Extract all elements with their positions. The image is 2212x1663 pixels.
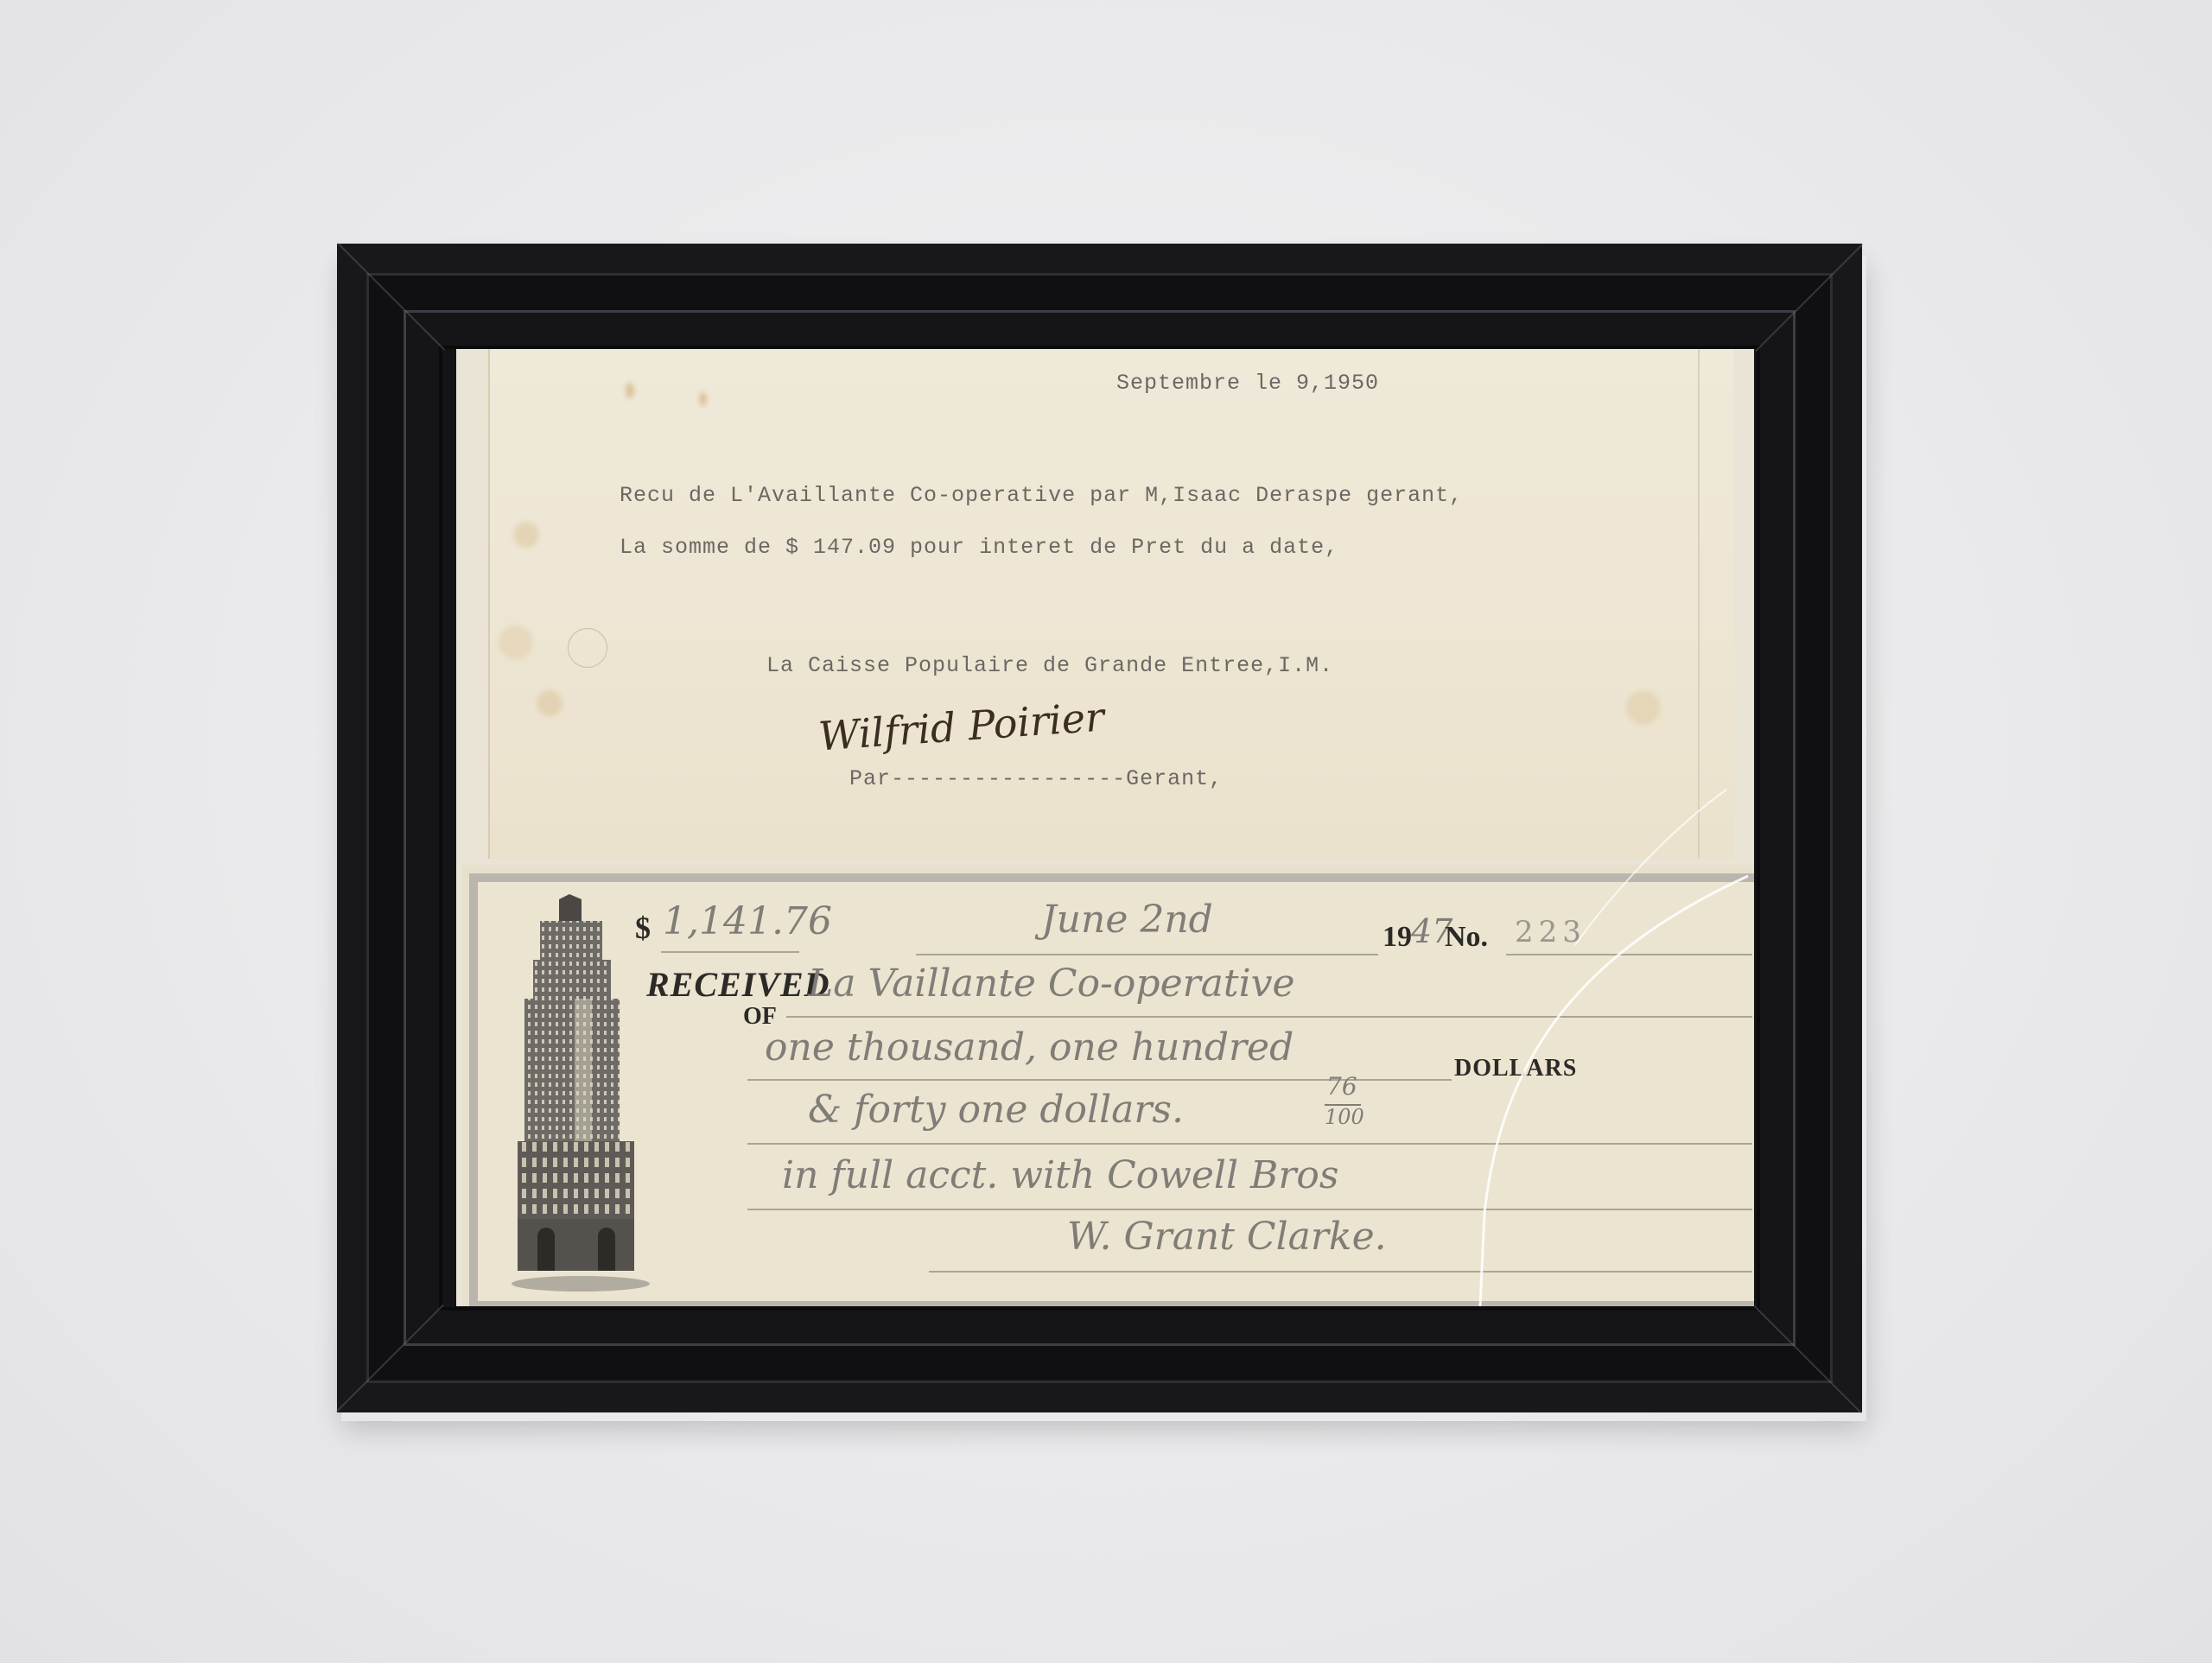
received-heading: RECEIVED xyxy=(646,964,830,1005)
receiver-signature: W. Grant Clarke. xyxy=(1067,1215,1387,1259)
signature-dashes: ---------------- xyxy=(905,766,1126,791)
letter-line-2: La somme de $ 147.09 pour interet de Pre… xyxy=(620,535,1338,560)
receipt-number: 223 xyxy=(1515,915,1586,949)
cents-denominator: 100 xyxy=(1325,1105,1364,1129)
received-of-line xyxy=(786,1016,1752,1018)
foxing-stain xyxy=(537,690,563,716)
dollar-sign: $ xyxy=(635,910,651,946)
memo-value: in full acct. with Cowell Bros xyxy=(782,1153,1339,1197)
amount-words-2: & forty one dollars. xyxy=(808,1088,1184,1132)
amount-line xyxy=(661,951,799,953)
letter-date: Septembre le 9,1950 xyxy=(1116,371,1379,396)
received-of-value: La Vaillante Co-operative xyxy=(808,962,1295,1006)
date-line xyxy=(916,954,1378,955)
foxing-stain xyxy=(513,522,539,548)
foxing-stain xyxy=(1626,690,1661,725)
year-prefix: 19 xyxy=(1382,921,1412,954)
signature-suffix: Gerant, xyxy=(1126,766,1223,791)
number-label: No. xyxy=(1445,921,1488,954)
letter-line-1: Recu de L'Availlante Co-operative par M,… xyxy=(620,483,1463,508)
letter-institution: La Caisse Populaire de Grande Entree,I.M… xyxy=(766,653,1333,678)
amount-words-line-2 xyxy=(747,1143,1752,1145)
number-line xyxy=(1506,954,1752,955)
foxing-stain xyxy=(699,392,707,406)
amount-value: 1,141.76 xyxy=(663,899,832,943)
punch-hole-mark xyxy=(568,628,607,668)
dollars-label: DOLLARS xyxy=(1454,1055,1577,1082)
foxing-stain xyxy=(499,625,533,660)
date-value: June 2nd xyxy=(1041,898,1213,942)
typed-receipt-1950: Septembre le 9,1950 Recu de L'Availlante… xyxy=(488,349,1734,859)
printed-receipt-form: $ 1,141.76 RECEIVED OF June 2nd 19 47 No… xyxy=(462,865,1754,1306)
amount-words-1: one thousand, one hundred xyxy=(765,1025,1294,1070)
signature-line xyxy=(929,1271,1752,1273)
signature-prefix: Par- xyxy=(849,766,905,791)
cents-numerator: 76 xyxy=(1326,1072,1357,1101)
memo-line xyxy=(747,1209,1752,1210)
foxing-stain xyxy=(626,383,634,398)
paper-fold xyxy=(1698,349,1700,859)
frame-opening: Septembre le 9,1950 Recu de L'Availlante… xyxy=(456,349,1754,1306)
